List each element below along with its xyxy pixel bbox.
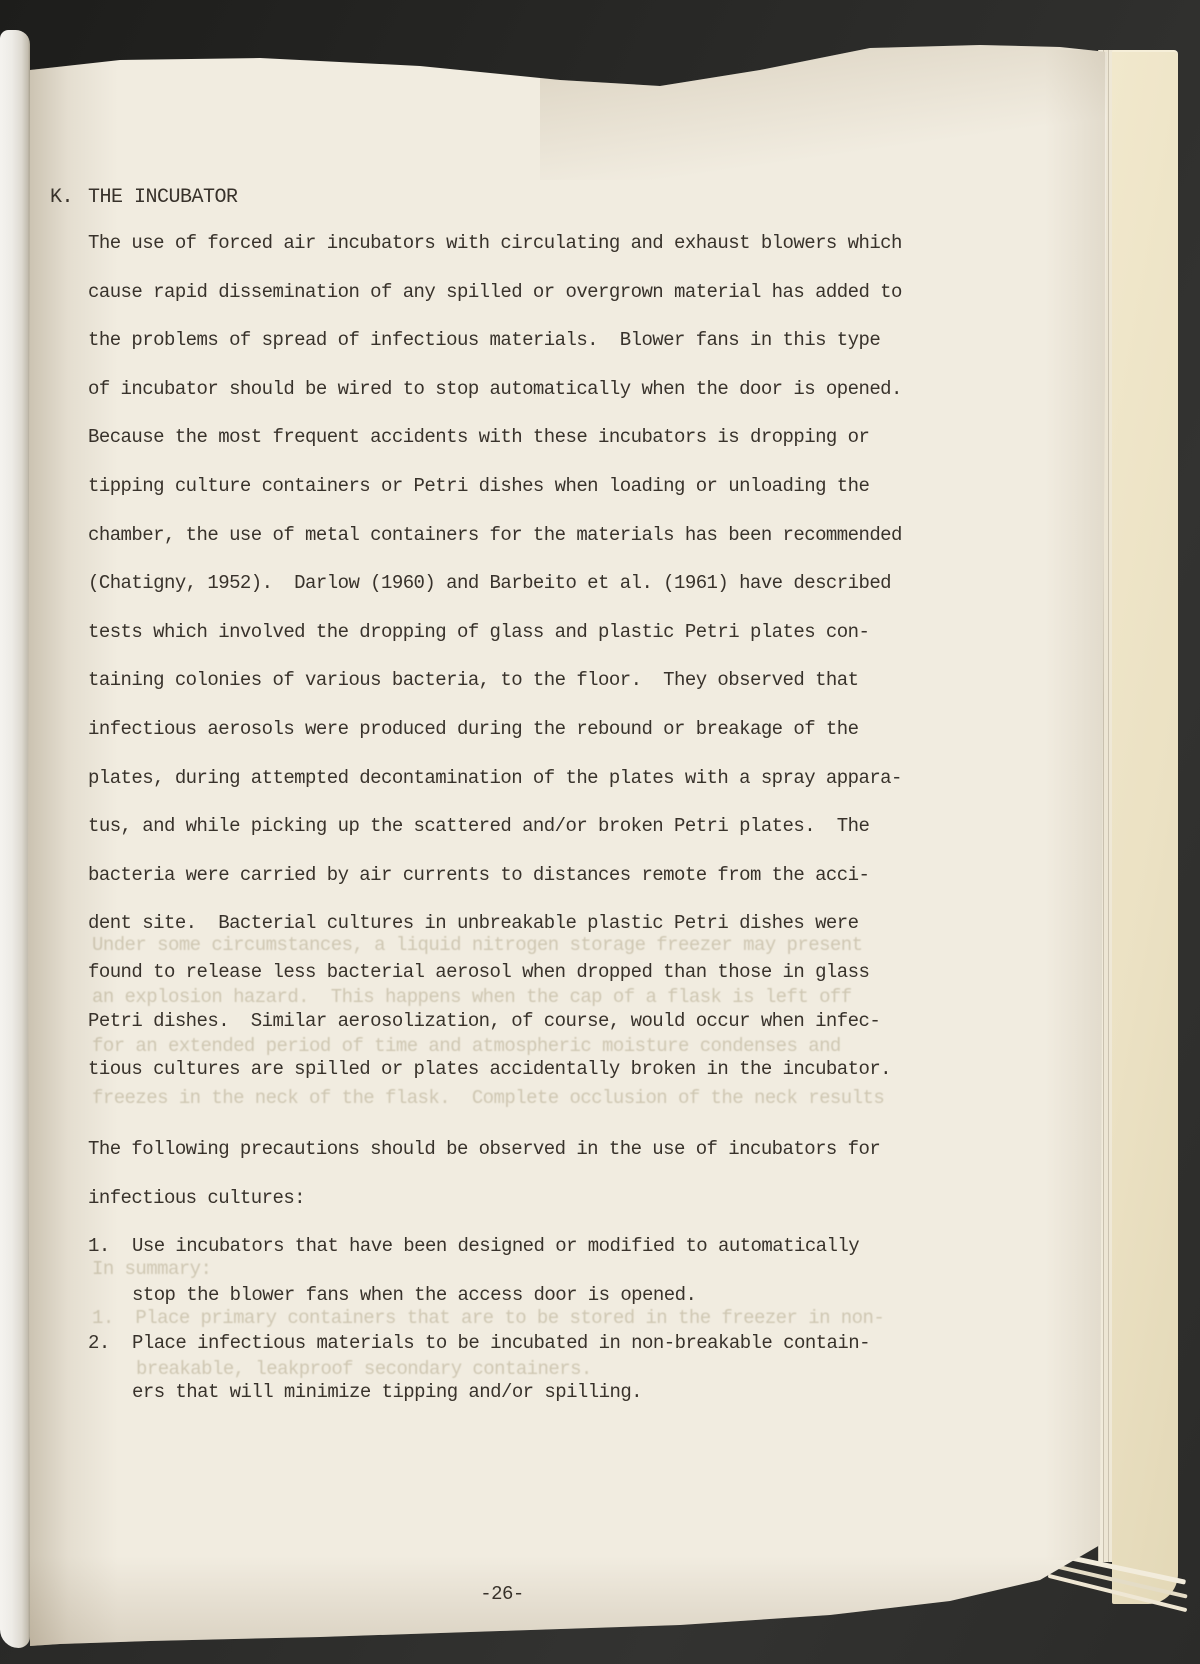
text-line: found to release less bacterial aerosol … <box>88 948 948 997</box>
list-item-marker: 2. <box>88 1319 132 1368</box>
numbered-list: 1.Use incubators that have been designed… <box>88 1222 948 1416</box>
list-item-text: stop the blower fans when the access doo… <box>132 1284 696 1306</box>
text-line: Because the most frequent accidents with… <box>88 413 948 462</box>
text-line: dent site. Bacterial cultures in unbreak… <box>88 899 948 948</box>
text-line: taining colonies of various bacteria, to… <box>88 656 948 705</box>
text-line: chamber, the use of metal containers for… <box>88 511 948 560</box>
text-line: cause rapid dissemination of any spilled… <box>88 268 948 317</box>
list-item-line: 1.Use incubators that have been designed… <box>88 1222 948 1271</box>
text-line: tious cultures are spilled or plates acc… <box>88 1045 948 1094</box>
paragraph-1: The use of forced air incubators with ci… <box>88 219 948 1094</box>
list-item-text: Use incubators that have been designed o… <box>132 1235 859 1257</box>
list-item-text: ers that will minimize tipping and/or sp… <box>132 1381 642 1403</box>
section-label: K. <box>50 174 73 223</box>
text-line: infectious cultures: <box>88 1174 948 1223</box>
text-line: infectious aerosols were produced during… <box>88 705 948 754</box>
text-line: The use of forced air incubators with ci… <box>88 219 948 268</box>
text-line: tipping culture containers or Petri dish… <box>88 462 948 511</box>
section-title: THE INCUBATOR <box>88 174 238 223</box>
page-number: -26- <box>88 1570 916 1619</box>
section-heading: K. THE INCUBATOR <box>0 174 1100 224</box>
text-line: Petri dishes. Similar aerosolization, of… <box>88 997 948 1046</box>
list-item-marker: 1. <box>88 1222 132 1271</box>
text-line: bacteria were carried by air currents to… <box>88 851 948 900</box>
paragraph-2: The following precautions should be obse… <box>88 1125 948 1222</box>
text-line: (Chatigny, 1952). Darlow (1960) and Barb… <box>88 559 948 608</box>
text-line: of incubator should be wired to stop aut… <box>88 365 948 414</box>
text-line: tus, and while picking up the scattered … <box>88 802 948 851</box>
text-line: the problems of spread of infectious mat… <box>88 316 948 365</box>
list-item-continuation: stop the blower fans when the access doo… <box>88 1271 948 1320</box>
list-item-text: Place infectious materials to be incubat… <box>132 1332 870 1354</box>
text-line: The following precautions should be obse… <box>88 1125 948 1174</box>
text-line: tests which involved the dropping of gla… <box>88 608 948 657</box>
book-scan: Under some circumstances, a liquid nitro… <box>0 0 1200 1664</box>
list-item-line: 2.Place infectious materials to be incub… <box>88 1319 948 1368</box>
text-line: plates, during attempted decontamination… <box>88 754 948 803</box>
list-item-continuation: ers that will minimize tipping and/or sp… <box>88 1368 948 1417</box>
